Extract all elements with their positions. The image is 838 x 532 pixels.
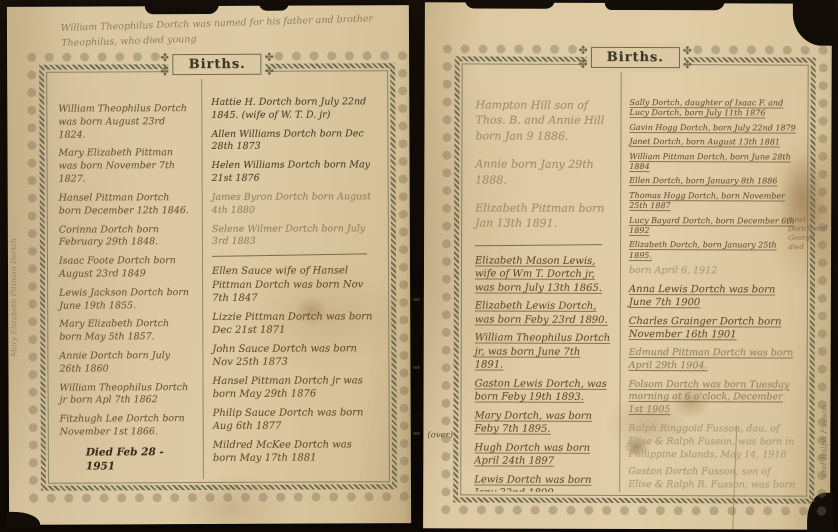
birth-record-entry: Elizabeth Dortch, born January 25th 1895…: [629, 240, 796, 261]
birth-record-entry: Thomas Hogg Dortch, born November 25th 1…: [629, 191, 796, 212]
birth-record-entry: Hansel Pittman Dortch jr was born May 29…: [212, 374, 377, 402]
left-page-column-2: Hattie H. Dortch born July 22nd 1845. (w…: [202, 76, 386, 479]
birth-entries-list: Elizabeth Mason Lewis, wife of Wm T. Dor…: [474, 254, 612, 492]
paper-tear: [6, 512, 40, 528]
book-scan: William Theophilus Dortch was named for …: [0, 0, 838, 532]
birth-record-entry: Anna Lewis Dortch was born June 7th 1900: [629, 283, 796, 311]
birth-record-entry: Lucy Bayard Dortch, born December 6th 18…: [629, 216, 796, 237]
paper-tear: [793, 0, 835, 46]
birth-record-entry: Mary Dortch, was born Feby 7th 1895.: [474, 409, 611, 436]
clover-ornament-icon: ✤: [578, 45, 587, 56]
birth-record-entry: Hattie H. Dortch born July 22nd 1845. (w…: [211, 96, 376, 122]
page-frame: ✤ ✤ Births. ✤ ✤ William Theophilus Dortc…: [39, 63, 397, 491]
clover-ornament-icon: ✤: [683, 45, 692, 56]
birth-record-entry: William Theophilus Dortch jr, was born J…: [475, 332, 612, 373]
birth-record-entry: Mildred McKee Dortch was born May 17th 1…: [213, 438, 378, 466]
right-page-column-1: Hampton Hill son of Thos. B. and Annie H…: [466, 69, 620, 492]
header-ornaments-left: ✤ ✤: [578, 45, 587, 70]
birth-record-entry: Janet Dortch, born August 13th 1881: [629, 137, 796, 148]
birth-record-entry: Edmund Pittman Dortch was born April 29t…: [629, 347, 796, 373]
section-rule: [475, 244, 602, 246]
page-columns: Hampton Hill son of Thos. B. and Annie H…: [466, 69, 804, 492]
clover-ornament-icon: ✤: [265, 66, 274, 77]
birth-record-entry: Elizabeth Pittman born Jan 13th 1891.: [475, 200, 612, 231]
birth-record-entry: Gavin Hogg Dortch, born July 22nd 1879: [629, 123, 796, 134]
margin-note-side: Mary Elizabeth Pittman Dortch: [8, 137, 18, 357]
clover-ornament-icon: ✤: [578, 59, 587, 70]
birth-record-entry: Charles Grainger Dortch born November 16…: [629, 315, 796, 343]
birth-entries-list: Hampton Hill son of Thos. B. and Annie H…: [475, 97, 612, 231]
birth-record-entry: John Sauce Dortch was born Nov 25th 1873: [212, 342, 377, 370]
header-ornaments-right: ✤ ✤: [265, 52, 274, 77]
page-frame: ✤ ✤ Births. ✤ ✤ Hampton Hill son of Thos…: [453, 56, 816, 503]
paper-tear: [145, 3, 219, 14]
faded-pencil-line: born April 6, 1912: [629, 265, 796, 278]
birth-record-entry: Annie born Jany 29th 1888.: [475, 157, 612, 188]
paper-tear: [259, 3, 289, 11]
birth-record-entry: Folsom Dortch was born Tuesday morning a…: [628, 379, 795, 418]
birth-record-entry: James Byron Dortch born August 4th 1880: [212, 191, 377, 217]
birth-record-entry: Ralph Ringgold Fusson, dau. of Elise & R…: [628, 423, 795, 462]
birth-entries-list: Edmund Pittman Dortch was born April 29t…: [628, 347, 795, 418]
birth-record-entry: Lewis Jackson Dortch born June 19th 1855…: [59, 287, 194, 313]
margin-note-top: William Theophilus Dortch was named for …: [61, 12, 392, 52]
page-columns: William Theophilus Dortch was born Augus…: [52, 76, 386, 479]
birth-entries-list: James Byron Dortch born August 4th 1880S…: [212, 191, 377, 249]
births-header: ✤ ✤ Births. ✤ ✤: [578, 45, 692, 70]
birth-record-entry: Gaston Dortch Fusson, son of Elise & Ral…: [628, 466, 795, 492]
births-header: ✤ ✤ Births. ✤ ✤: [160, 52, 274, 77]
birth-record-entry: Elizabeth Lewis Dortch, was born Feby 23…: [475, 300, 612, 327]
birth-entries-list: Anna Lewis Dortch was born June 7th 1900…: [629, 283, 796, 343]
birth-record-entry: Hansel Pittman Dortch born December 12th…: [59, 192, 194, 218]
birth-record-entry: Gaston Lewis Dortch, was born Feby 19th …: [475, 377, 612, 404]
birth-record-entry: Isaac Foote Dortch born August 23rd 1849: [59, 255, 194, 281]
birth-record-entry: Fitzhugh Lee Dortch born November 1st 18…: [60, 413, 195, 439]
birth-entries-list: Ellen Sauce wife of Hansel Pittman Dortc…: [212, 264, 378, 465]
death-note: Died Feb 28 - 1951: [60, 445, 195, 474]
birth-record-entry: Lizzie Pittman Dortch was born Dec 21st …: [212, 310, 377, 338]
birth-record-entry: Annie Dortch born July 26th 1860: [59, 350, 194, 376]
right-page: Janet Dortch and George died and Ralph F…: [423, 2, 832, 529]
birth-record-entry: Philip Sauce Dortch was born Aug 6th 187…: [213, 406, 378, 434]
birth-record-entry: Allen Williams Dortch born Dec 28th 1873: [211, 128, 376, 154]
birth-record-entry: Ellen Dortch, born January 8th 1886: [629, 176, 796, 187]
binding-stitch: [413, 366, 420, 369]
births-title: Births.: [591, 47, 680, 68]
birth-record-entry: Sally Dortch, daughter of Isaac F. and L…: [630, 98, 797, 119]
birth-record-entry: Helen Williams Dortch born May 21st 1876: [212, 160, 377, 186]
right-page-column-2: Sally Dortch, daughter of Isaac F. and L…: [620, 70, 804, 493]
header-ornaments-right: ✤ ✤: [683, 45, 692, 70]
binding-stitch: [413, 298, 420, 301]
birth-entries-list: Sally Dortch, daughter of Isaac F. and L…: [629, 98, 797, 262]
binding-stitch: [413, 432, 420, 435]
paper-tear: [605, 0, 725, 10]
birth-record-entry: Corinna Dortch born February 29th 1848.: [59, 224, 194, 250]
birth-record-entry: Hampton Hill son of Thos. B. and Annie H…: [475, 97, 612, 144]
birth-entries-list: Hattie H. Dortch born July 22nd 1845. (w…: [211, 96, 376, 186]
clover-ornament-icon: ✤: [160, 66, 169, 77]
clover-ornament-icon: ✤: [683, 59, 692, 70]
paper-tear: [465, 0, 555, 9]
birth-record-entry: William Theophilus Dortch was born Augus…: [58, 103, 193, 142]
clover-ornament-icon: ✤: [160, 52, 169, 63]
birth-entries-list: William Theophilus Dortch was born Augus…: [58, 103, 194, 439]
header-ornaments-left: ✤ ✤: [160, 52, 169, 77]
birth-record-entry: Elizabeth Mason Lewis, wife of Wm T. Dor…: [475, 254, 612, 295]
birth-record-entry: Selene Wilmer Dortch born July 3rd 1883: [212, 223, 377, 249]
births-title: Births.: [173, 54, 262, 75]
birth-record-entry: William Theophilus Dortch jr born Apl 7t…: [60, 382, 195, 408]
birth-record-entry: Hugh Dortch was born April 24th 1897: [474, 441, 611, 468]
section-rule: [212, 253, 367, 257]
birth-record-entry: Mary Elizabeth Pittman was born November…: [58, 148, 193, 187]
left-page-column-1: William Theophilus Dortch was born Augus…: [52, 77, 203, 480]
birth-record-entry: Lewis Dortch was born Jany 22nd 1899: [474, 473, 611, 492]
left-page: William Theophilus Dortch was named for …: [7, 5, 411, 525]
clover-ornament-icon: ✤: [265, 52, 274, 63]
birth-record-entry: Mary Elizabeth Dortch born May 5th 1857.: [59, 318, 194, 344]
birth-record-entry: William Pittman Dortch, born June 28th 1…: [629, 152, 796, 173]
birth-record-entry: Ellen Sauce wife of Hansel Pittman Dortc…: [212, 264, 377, 305]
